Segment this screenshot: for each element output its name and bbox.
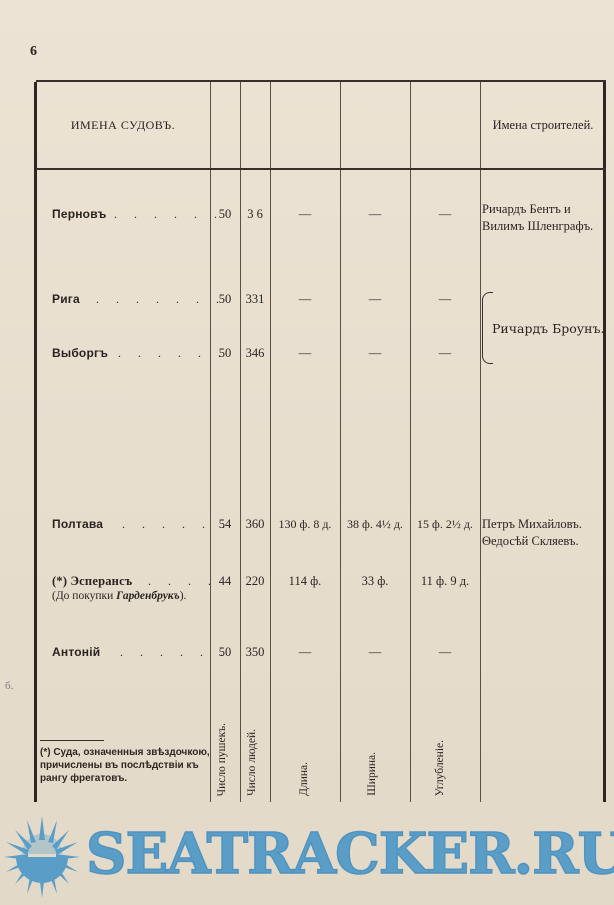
footnote-rule [40,740,104,741]
col-separator [340,82,341,802]
builder-name: Петръ Михайловъ. Θедосѣй Скляевъ. [482,516,606,550]
ship-name: Выборгъ [52,346,108,360]
ship-former-name: (До покупки Гарденбрукъ). [52,590,186,602]
header-guns: Число пушекъ. [216,723,228,796]
header-ship-names: ИМЕНА СУДОВЪ. [36,118,210,133]
builder-name-shared: Ричардъ Броунъ. [492,320,614,337]
header-bottom-rule [36,168,606,170]
ships-table: ИМЕНА СУДОВЪ. Число пушекъ. Число людей.… [36,80,606,802]
header-men: Число людей. [246,729,258,796]
footnote: (*) Суда, означенныя звѣздочкою, причисл… [40,746,210,785]
handwritten-margin-mark: б. [5,680,13,692]
document-page: 6 б. ИМЕНА СУДОВЪ. Число пушекъ. Число л… [0,0,614,905]
header-length: Длина. [298,762,310,796]
page-number: 6 [30,44,37,60]
sun-icon [2,812,82,902]
watermark-text: SEATRACKER.RU [86,826,614,882]
col-separator [210,82,211,802]
header-builders: Имена строителей. [480,118,606,133]
ship-name: Антоній [52,645,100,659]
col-separator [270,82,271,802]
table-right-border [603,82,606,802]
ship-name: Перновъ [52,207,106,221]
watermark-logo: SEATRACKER.RU [0,812,614,902]
ship-name: Полтава [52,517,103,531]
header-depth: Углубленіе. [434,740,446,796]
header-width: Ширина. [366,752,378,796]
col-separator [480,82,481,802]
builder-name: Ричардъ Бентъ и Вилимъ Шленграфъ. [482,201,606,235]
ship-name: Рига [52,292,80,306]
col-separator [410,82,411,802]
ship-name: (*) Эсперансъ [52,574,132,589]
col-separator [240,82,241,802]
table-left-border [34,82,37,802]
